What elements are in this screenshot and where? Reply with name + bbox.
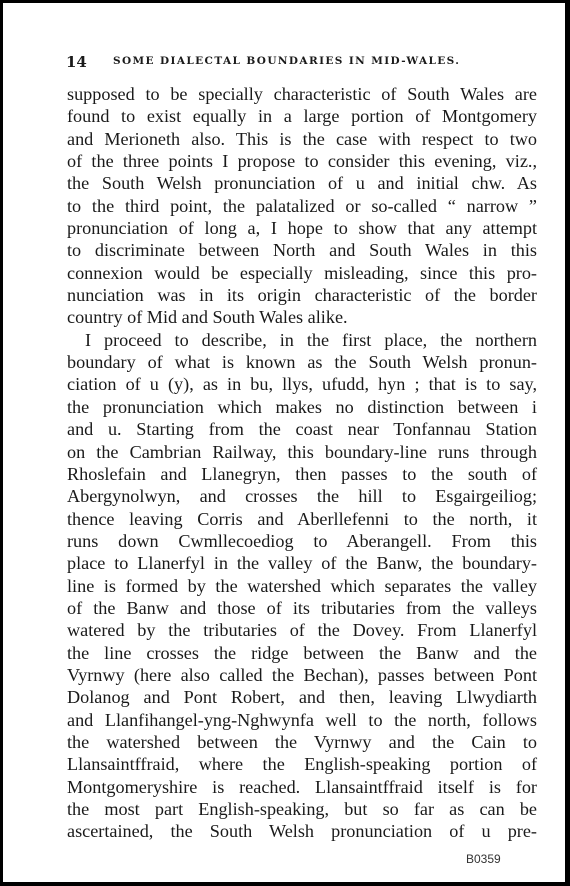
text-line: the pronunciation which makes no distinc… [67,396,537,418]
text-line: found to exist equally in a large portio… [67,105,537,127]
text-line: connexion would be especially misleading… [67,262,537,284]
text-line: of the Banw and those of its tributaries… [67,597,537,619]
text-line: the watershed between the Vyrnwy and the… [67,731,537,753]
text-line: to discriminate between North and South … [67,239,537,261]
text-line: the most part English-speaking, but so f… [67,798,537,820]
text-line: runs down Cwmllecoediog to Aberangell. F… [67,530,537,552]
text-line: supposed to be specially characteristic … [67,83,537,105]
text-line: place to Llanerfyl in the valley of the … [67,552,537,574]
text-line: ciation of u (y), as in bu, llys, ufudd,… [67,373,537,395]
text-line: the South Welsh pronunciation of u and i… [67,172,537,194]
catalog-id: B0359 [466,852,501,866]
text-line: Montgomeryshire is reached. Llansaintffr… [67,776,537,798]
text-line: Dolanog and Pont Robert, and then, leavi… [67,686,537,708]
text-line: nunciation was in its origin characteris… [67,284,537,306]
text-line: and u. Starting from the coast near Tonf… [67,418,537,440]
document-page: 14 SOME DIALECTAL BOUNDARIES IN MID-WALE… [3,3,565,882]
text-line: of the three points I propose to conside… [67,150,537,172]
page-number: 14 [66,53,87,71]
text-line: watered by the tributaries of the Dovey.… [67,619,537,641]
text-line: boundary of what is known as the South W… [67,351,537,373]
text-line: pronunciation of long a, I hope to show … [67,217,537,239]
paragraph-start-line: I proceed to describe, in the first plac… [67,329,537,351]
text-line: to the third point, the palatalized or s… [67,195,537,217]
text-line: thence leaving Corris and Aberllefenni t… [67,508,537,530]
paragraph-end-line: country of Mid and South Wales alike. [67,306,537,328]
text-line: Abergynolwyn, and crosses the hill to Es… [67,485,537,507]
text-line: and Merioneth also. This is the case wit… [67,128,537,150]
text-line: Llansaintffraid, where the English-speak… [67,753,537,775]
text-line: line is formed by the watershed which se… [67,575,537,597]
running-title: SOME DIALECTAL BOUNDARIES IN MID-WALES. [113,55,460,67]
text-line: on the Cambrian Railway, this boundary-l… [67,441,537,463]
text-line: ascertained, the South Welsh pronunciati… [67,820,537,842]
text-line: Rhoslefain and Llanegryn, then passes to… [67,463,537,485]
text-line: the line crosses the ridge between the B… [67,642,537,664]
text-line: and Llanfihangel-yng-Nghwynfa well to th… [67,709,537,731]
text-line: Vyrnwy (here also called the Bechan), pa… [67,664,537,686]
body-text: supposed to be specially characteristic … [67,83,537,843]
